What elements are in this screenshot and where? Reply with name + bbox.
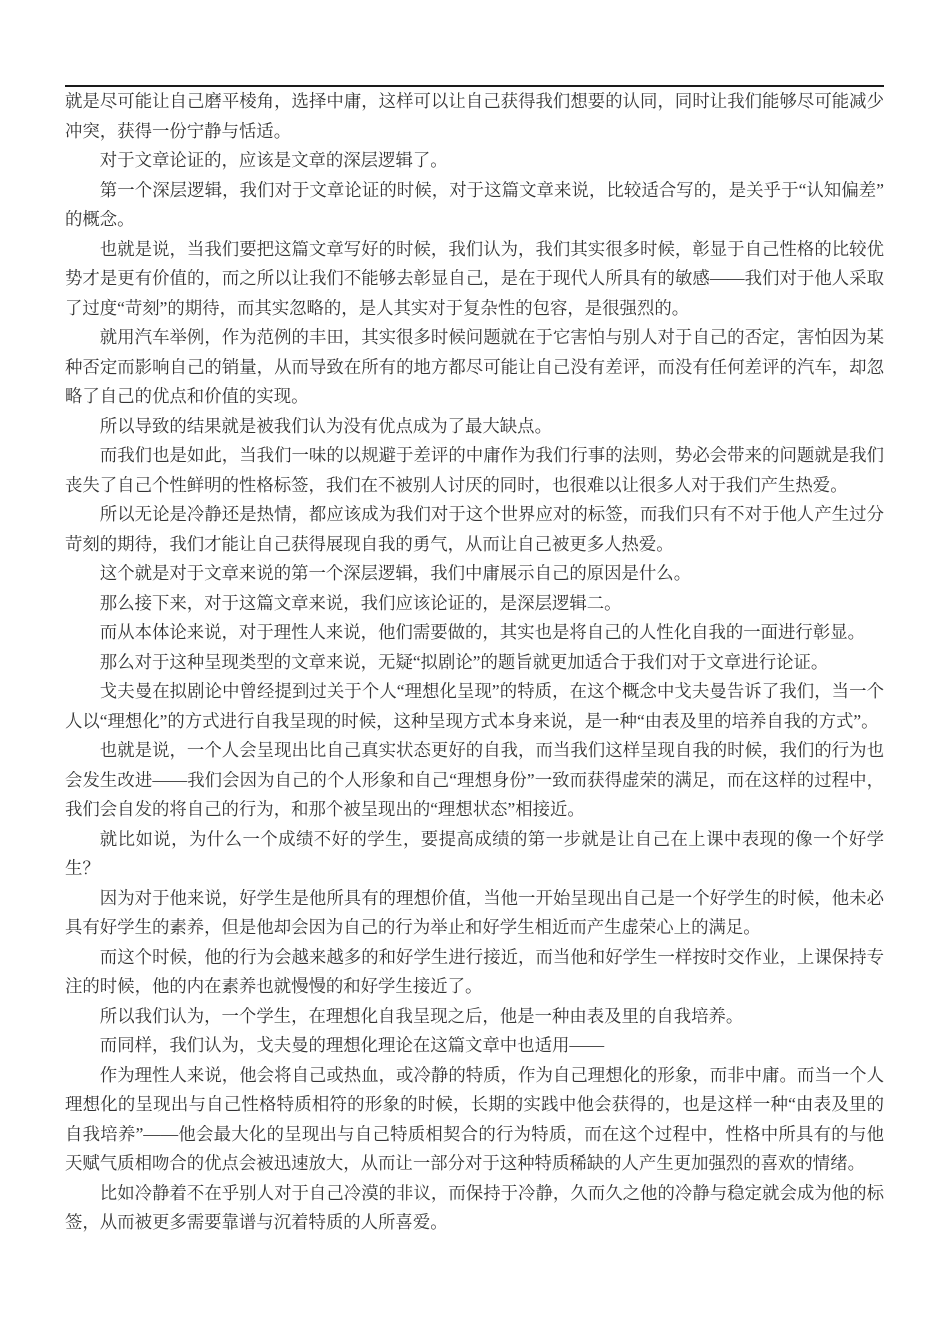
paragraph: 戈夫曼在拟剧论中曾经提到过关于个人“理想化呈现”的特质，在这个概念中戈夫曼告诉了… — [65, 677, 884, 736]
paragraph: 那么对于这种呈现类型的文章来说，无疑“拟剧论”的题旨就更加适合于我们对于文章进行… — [65, 648, 884, 678]
paragraph: 而从本体论来说，对于理性人来说，他们需要做的，其实也是将自己的人性化自我的一面进… — [65, 618, 884, 648]
paragraph: 所以导致的结果就是被我们认为没有优点成为了最大缺点。 — [65, 412, 884, 442]
paragraph: 第一个深层逻辑，我们对于文章论证的时候，对于这篇文章来说，比较适合写的，是关乎于… — [65, 176, 884, 235]
paragraph: 因为对于他来说，好学生是他所具有的理想价值，当他一开始呈现出自己是一个好学生的时… — [65, 884, 884, 943]
document-body: 就是尽可能让自己磨平棱角，选择中庸，这样可以让自己获得我们想要的认同，同时让我们… — [65, 87, 884, 1238]
document-page: 就是尽可能让自己磨平棱角，选择中庸，这样可以让自己获得我们想要的认同，同时让我们… — [0, 0, 950, 1344]
paragraph: 就用汽车举例，作为范例的丰田，其实很多时候问题就在于它害怕与别人对于自己的否定，… — [65, 323, 884, 412]
paragraph: 就比如说，为什么一个成绩不好的学生，要提高成绩的第一步就是让自己在上课中表现的像… — [65, 825, 884, 884]
paragraph: 也就是说，一个人会呈现出比自己真实状态更好的自我，而当我们这样呈现自我的时候，我… — [65, 736, 884, 825]
paragraph: 所以无论是冷静还是热情，都应该成为我们对于这个世界应对的标签，而我们只有不对于他… — [65, 500, 884, 559]
paragraph: 所以我们认为，一个学生，在理想化自我呈现之后，他是一种由表及里的自我培养。 — [65, 1002, 884, 1032]
paragraph: 作为理性人来说，他会将自己或热血，或冷静的特质，作为自己理想化的形象，而非中庸。… — [65, 1061, 884, 1179]
paragraph: 而这个时候，他的行为会越来越多的和好学生进行接近，而当他和好学生一样按时交作业，… — [65, 943, 884, 1002]
paragraph: 而同样，我们认为，戈夫曼的理想化理论在这篇文章中也适用—— — [65, 1031, 884, 1061]
paragraph: 而我们也是如此，当我们一味的以规避于差评的中庸作为我们行事的法则，势必会带来的问… — [65, 441, 884, 500]
paragraph: 比如冷静着不在乎别人对于自己冷漠的非议，而保持于冷静，久而久之他的冷静与稳定就会… — [65, 1179, 884, 1238]
paragraph: 也就是说，当我们要把这篇文章写好的时候，我们认为，我们其实很多时候，彰显于自己性… — [65, 235, 884, 324]
paragraph: 这个就是对于文章来说的第一个深层逻辑，我们中庸展示自己的原因是什么。 — [65, 559, 884, 589]
paragraph: 就是尽可能让自己磨平棱角，选择中庸，这样可以让自己获得我们想要的认同，同时让我们… — [65, 87, 884, 146]
paragraph: 对于文章论证的，应该是文章的深层逻辑了。 — [65, 146, 884, 176]
paragraph: 那么接下来，对于这篇文章来说，我们应该论证的，是深层逻辑二。 — [65, 589, 884, 619]
